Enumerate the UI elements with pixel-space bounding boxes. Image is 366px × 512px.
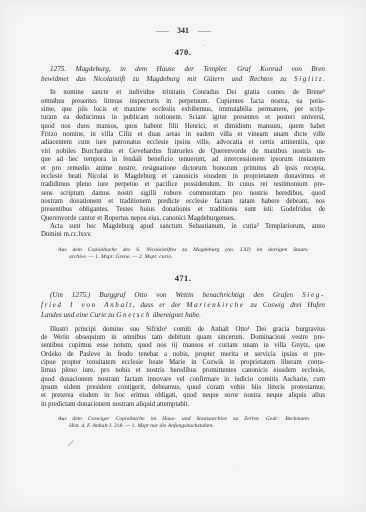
page-header: —— 341 —— — [41, 26, 325, 35]
pencil-mark: ʺʺ — [8, 0, 24, 4]
source-note: Aus dem Copialbuche des S. Nicolaistifte… — [58, 247, 309, 262]
text-line: In nomine sancte et individue trinitatis… — [41, 89, 325, 97]
text-line: omnibus presentes litteras inspecturis i… — [41, 98, 325, 106]
text-line: Querenvorde cantor et Ropertus nepos eiu… — [41, 215, 325, 223]
page-content: —— 341 —— 470.1275. Magdeburg, in dem Ha… — [41, 26, 325, 431]
entry-number: 470. — [41, 47, 325, 57]
page-number: 341 — [177, 26, 189, 35]
heading-line: bewidmet das Nicolaistift zu Magdeburg m… — [41, 75, 325, 85]
text-line: cipue propter tenuitatem ecclesie beate … — [41, 359, 325, 367]
heading-emphasis: Siglitz — [294, 75, 323, 83]
text-line: in predictam donacionem nostram aliquid … — [41, 401, 325, 409]
text-line: Ordeko de Pasleve in feodo tenebat a nob… — [41, 351, 325, 359]
text-line: Fritzo nomine, in villa Ciliz et duas ar… — [41, 131, 325, 139]
text-line: ecclesie beati Nicolai in Magdeburg et c… — [41, 173, 325, 181]
note-line: Aus dem Copialbuche des S. Nicolaistifte… — [58, 247, 309, 254]
entry-number: 471. — [41, 273, 325, 283]
heading-text: übereignet habe. — [151, 311, 201, 319]
paragraph: Acta sunt hec Magdeburg apud sanctum Seb… — [41, 223, 325, 240]
text-line: et pro remedio anime nostre, resignation… — [41, 165, 325, 173]
text-line: Acta sunt hec Magdeburg apud sanctum Seb… — [41, 223, 325, 231]
text-line: tradidimus pleno iure perpetuo et pacifi… — [41, 181, 325, 189]
heading-text: zu Coswig drei Hufen — [245, 301, 325, 309]
text-line: de Wetin obsequium in omnibus tam debitu… — [41, 334, 325, 342]
entry-heading: 1275. Magdeburg, in dem Hause der Temple… — [41, 65, 325, 84]
entry-471: 471.(Um 1275.) Burggraf Otto von Wettin … — [41, 273, 325, 430]
header-dash-right: —— — [198, 27, 210, 35]
paragraph: Illustri principi domino suo Sifrido¹ co… — [41, 326, 325, 409]
heading-line: fried I von Anhalt, dass er der Marienki… — [41, 301, 325, 311]
text-line: Illustri principi domino suo Sifrido¹ co… — [41, 326, 325, 334]
heading-line: 1275. Magdeburg, in dem Hause der Temple… — [41, 65, 325, 75]
note-line: archive. — 1. Mspt: Grene. — 2. Mspt: cu… — [58, 254, 309, 261]
text-line: et preterea eisdem in hoc erimus obligat… — [41, 392, 325, 400]
header-dash-left: —— — [156, 27, 168, 35]
heading-emphasis: Sieg- — [302, 291, 325, 299]
heading-text: 1275. Magdeburg, in dem Hause der Temple… — [50, 65, 325, 73]
entry-body: Illustri principi domino suo Sifrido¹ co… — [41, 326, 325, 409]
text-line: limus pleno iure, pro nobis et nostris h… — [41, 367, 325, 375]
text-line: presentibus obligantes. Testes huius don… — [41, 206, 325, 214]
note-line: Hist. d. F. Anhalt I. 318. — 1. Mspt nur… — [58, 423, 309, 430]
text-line: viri nobiles Burchardus et Gevehardus fr… — [41, 148, 325, 156]
text-line: quod nos duos mansos, quos habent filii … — [41, 123, 325, 131]
handwritten-slash: ∕ — [69, 438, 72, 448]
heading-emphasis: fried I von Anhalt — [41, 301, 133, 309]
entry-body: In nomine sancte et individue trinitatis… — [41, 89, 325, 239]
text-line: sime, que piis locis et maxime ecclesiis… — [41, 106, 325, 114]
heading-emphasis: Marienkirche — [187, 301, 245, 309]
source-note: Aus dem Coswiger Copialbuche im Haus- un… — [58, 416, 309, 431]
text-line: Domini m.cc.lxxv. — [41, 231, 325, 239]
entries: 470.1275. Magdeburg, in dem Hause der Te… — [41, 47, 325, 431]
text-line: sentibus cupimus esse notum, quod nos ii… — [41, 342, 325, 350]
paragraph: In nomine sancte et individue trinitatis… — [41, 89, 325, 223]
heading-line: (Um 1275.) Burggraf Otto von Wettin bena… — [41, 291, 325, 301]
heading-text: , dass er der — [133, 301, 187, 309]
text-line: turam ea deducimus in publicam notionem.… — [41, 114, 325, 122]
entry-heading: (Um 1275.) Burggraf Otto von Wettin bena… — [41, 291, 325, 320]
text-line: sens scriptum damus nostri sigilli robor… — [41, 190, 325, 198]
speck-mark: · — [203, 42, 205, 50]
text-line: ipsum eidem presidere contigerit, debeam… — [41, 384, 325, 392]
text-line: que ad hec tempora in feudali beneficio … — [41, 156, 325, 164]
heading-text: (Um 1275.) Burggraf Otto von Wettin bena… — [50, 291, 302, 299]
heading-emphasis: Gnetsch — [116, 311, 151, 319]
text-line: quod donacionem nostram factam innovare … — [41, 376, 325, 384]
text-line: nostram donationem et traditionem predic… — [41, 198, 325, 206]
heading-text: bewidmet das Nicolaistift zu Magdeburg m… — [41, 75, 294, 83]
document-page: —— 341 —— 470.1275. Magdeburg, in dem Ha… — [0, 0, 366, 512]
text-line: adiacentem cum iure patronatus ecclesie … — [41, 139, 325, 147]
heading-text: . — [323, 75, 325, 83]
speck-mark-2: · — [234, 462, 236, 468]
entry-470: 470.1275. Magdeburg, in dem Hause der Te… — [41, 47, 325, 261]
heading-line: Landes und eine Curie zu Gnetsch übereig… — [41, 311, 325, 321]
heading-text: Landes und eine Curie zu — [41, 311, 116, 319]
